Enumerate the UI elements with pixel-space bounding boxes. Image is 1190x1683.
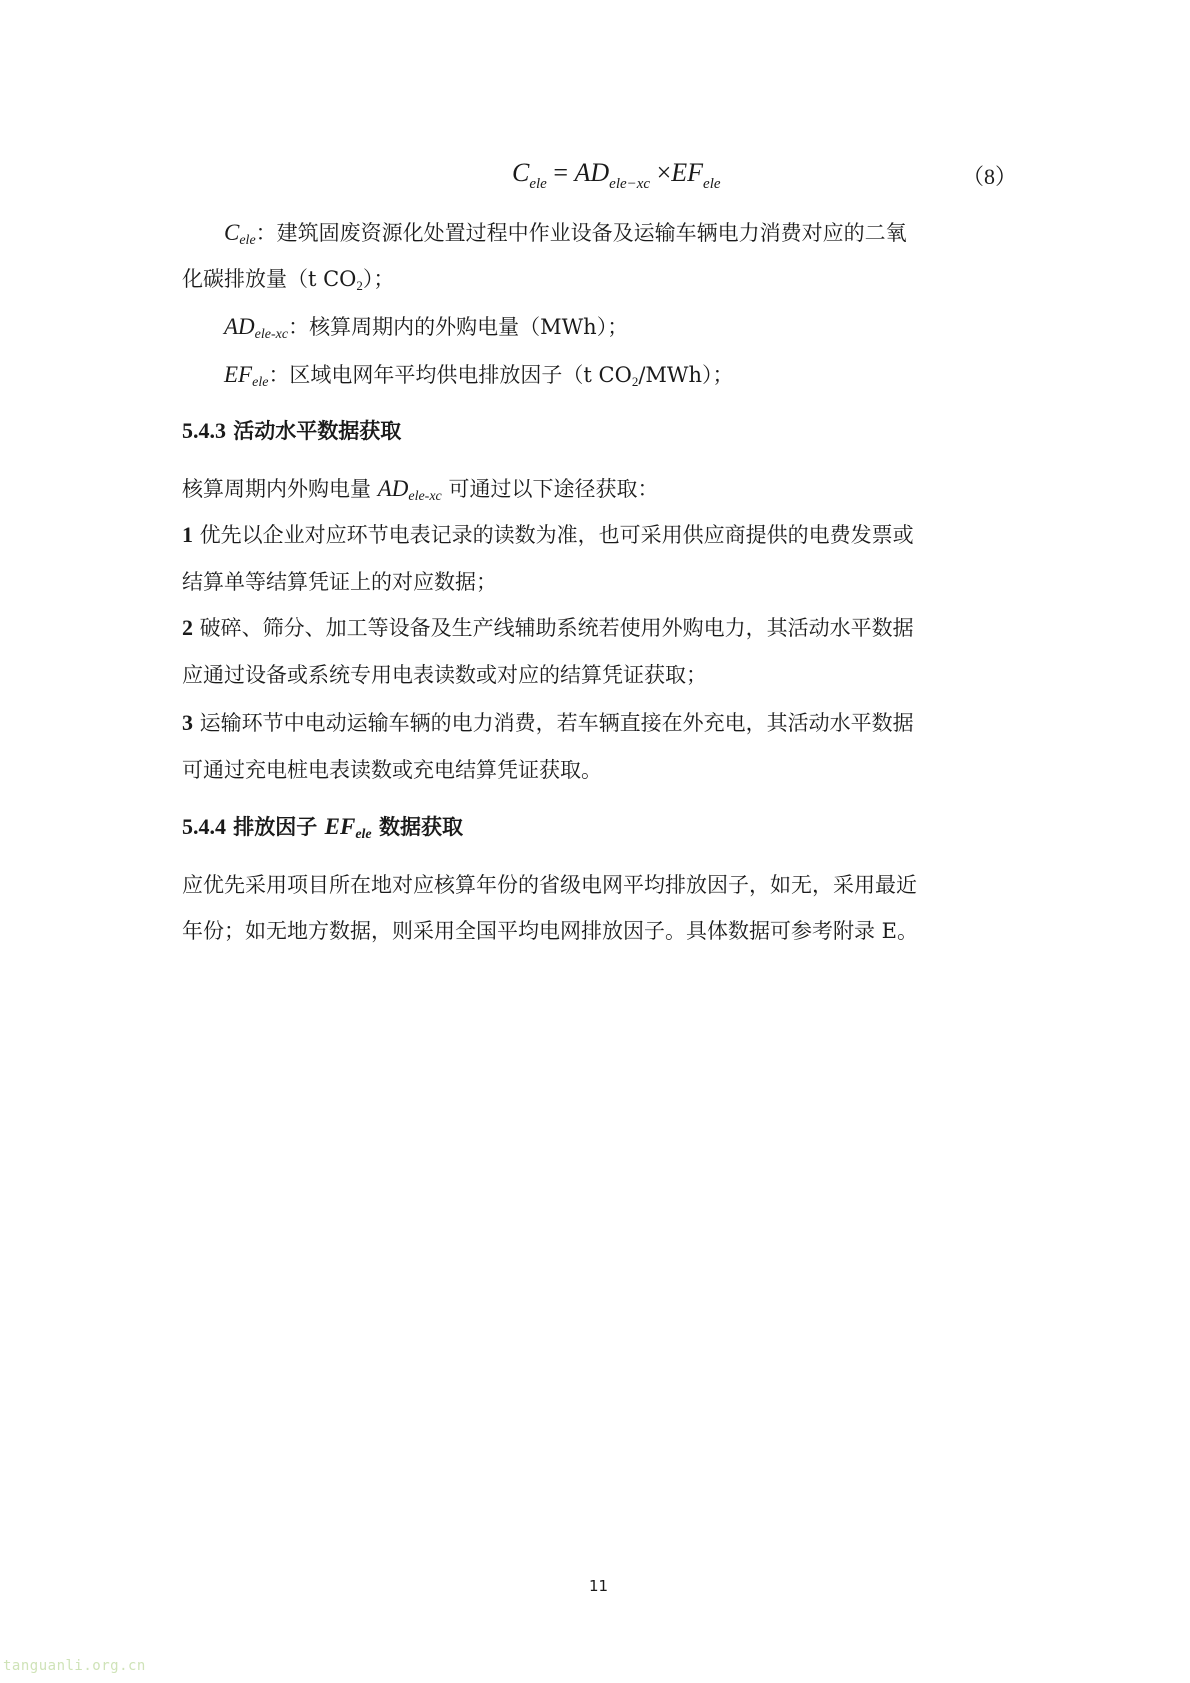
list-item-3: 3 运输环节中电动运输车辆的电力消费，若车辆直接在外充电，其活动水平数据 [182,708,914,738]
symbol: EF [224,362,252,387]
formula-equals: = [547,158,575,187]
symbol: C [224,220,239,245]
intro-text: 核算周期内外购电量 [182,477,378,501]
definition-text: /MWh）； [638,363,733,387]
formula-lhs: C [512,158,529,187]
definition-cele: Cele：建筑固废资源化处置过程中作业设备及运输车辆电力消费对应的二氧 [224,218,907,256]
section-number: 5.4.4 [182,814,226,839]
section-title: 数据获取 [372,814,463,839]
formula-term1-sub: ele−xc [609,176,650,192]
list-item-2-continued: 应通过设备或系统专用电表读数或对应的结算凭证获取； [182,660,707,690]
formula-times: × [650,158,671,187]
watermark: tanguanli.org.cn [3,1658,146,1674]
definition-text: ：核算周期内的外购电量（MWh）； [288,315,628,339]
formula-lhs-sub: ele [529,176,546,192]
formula-term2-sub: ele [703,176,720,192]
paragraph-line-1: 应优先采用项目所在地对应核算年份的省级电网平均排放因子，如无，采用最近 [182,870,917,900]
page-number: 11 [589,1577,608,1595]
list-item-1-continued: 结算单等结算凭证上的对应数据； [182,567,497,597]
equation-number: （8） [962,160,1017,191]
definition-ad: ADele-xc：核算周期内的外购电量（MWh）； [224,312,628,350]
list-number: 2 [182,615,193,640]
formula-term1: AD [575,158,610,187]
formula-term2: EF [671,158,703,187]
section-heading-5-4-4: 5.4.4 排放因子 EFele 数据获取 [182,812,463,850]
list-item-3-continued: 可通过充电桩电表读数或充电结算凭证获取。 [182,755,602,785]
definition-ef: EFele：区域电网年平均供电排放因子（t CO2/MWh）； [224,360,734,398]
symbol-subscript: ele [355,827,371,842]
list-number: 1 [182,522,193,547]
definition-text: ：建筑固废资源化处置过程中作业设备及运输车辆电力消费对应的二氧 [256,221,907,245]
symbol: AD [224,314,255,339]
list-number: 3 [182,710,193,735]
section-intro: 核算周期内外购电量 ADele-xc 可通过以下途径获取： [182,474,658,512]
list-text: 优先以企业对应环节电表记录的读数为准，也可采用供应商提供的电费发票或 [193,523,914,547]
list-item-1: 1 优先以企业对应环节电表记录的读数为准，也可采用供应商提供的电费发票或 [182,520,914,550]
list-text: 运输环节中电动运输车辆的电力消费，若车辆直接在外充电，其活动水平数据 [193,711,914,735]
symbol: AD [378,476,409,501]
symbol-subscript: ele-xc [255,327,288,342]
symbol-subscript: ele-xc [408,489,441,504]
definition-text: 化碳排放量（t CO [182,267,356,291]
intro-text: 可通过以下途径获取： [442,477,659,501]
symbol: EF [325,814,356,839]
section-number: 5.4.3 [182,418,226,443]
definition-cele-continued: 化碳排放量（t CO2）； [182,264,394,301]
section-title: 排放因子 [226,814,325,839]
list-text: 破碎、筛分、加工等设备及生产线辅助系统若使用外购电力，其活动水平数据 [193,616,914,640]
symbol-subscript: ele [239,233,255,248]
section-title: 活动水平数据获取 [226,418,401,443]
list-item-2: 2 破碎、筛分、加工等设备及生产线辅助系统若使用外购电力，其活动水平数据 [182,613,914,643]
section-heading-5-4-3: 5.4.3 活动水平数据获取 [182,416,401,446]
formula-8: Cele = ADele−xc ×EFele [512,158,721,193]
definition-text: ）； [363,267,395,291]
paragraph-line-2: 年份；如无地方数据，则采用全国平均电网排放因子。具体数据可参考附录 E。 [182,916,918,946]
symbol-subscript: ele [252,375,268,390]
definition-text: ：区域电网年平均供电排放因子（t CO [268,363,631,387]
